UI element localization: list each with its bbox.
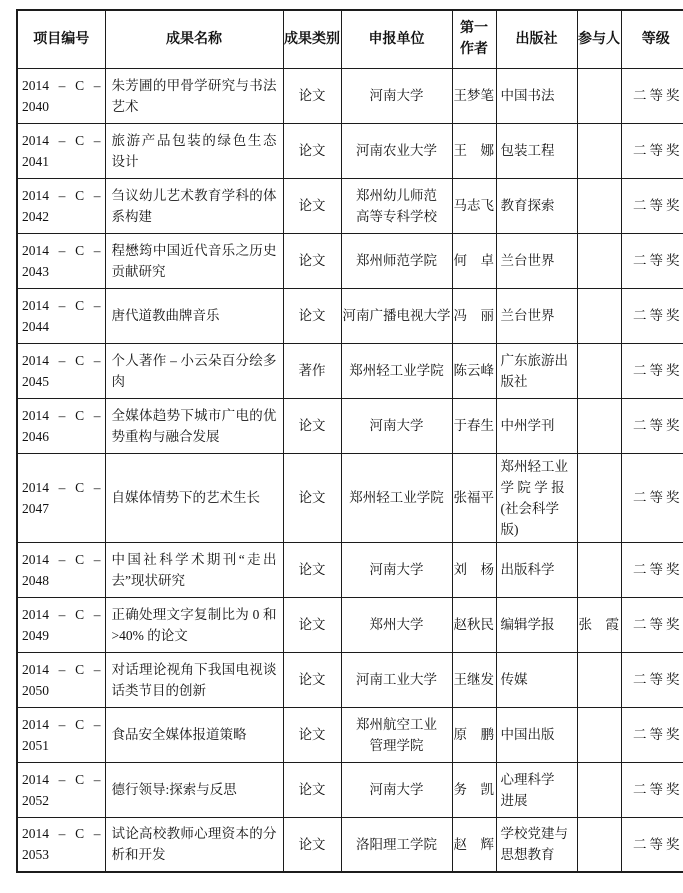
cell-unit: 河南大学 — [341, 542, 452, 597]
cell-grade: 二等奖 — [621, 398, 683, 453]
cell-publisher: 广东旅游出 版社 — [496, 343, 577, 398]
cell-publisher: 中国书法 — [496, 68, 577, 123]
cell-unit: 河南大学 — [341, 762, 452, 817]
cell-author: 何 卓 — [452, 233, 496, 288]
cell-type: 论文 — [283, 817, 341, 872]
cell-type: 论文 — [283, 597, 341, 652]
cell-author: 王 娜 — [452, 123, 496, 178]
cell-publisher: 包装工程 — [496, 123, 577, 178]
document-page: 项目编号成果名称成果类别申报单位第一 作者出版社参与人等级 2014 – C –… — [16, 9, 683, 873]
cell-code: 2014 – C –2047 — [17, 453, 105, 542]
cell-type: 论文 — [283, 68, 341, 123]
cell-name: 朱芳圃的甲骨学研究与书法艺术 — [105, 68, 283, 123]
cell-grade: 二等奖 — [621, 288, 683, 343]
cell-grade: 二等奖 — [621, 707, 683, 762]
cell-code: 2014 – C –2043 — [17, 233, 105, 288]
cell-participants — [577, 233, 621, 288]
cell-code: 2014 – C –2045 — [17, 343, 105, 398]
cell-type: 论文 — [283, 123, 341, 178]
column-header-publisher: 出版社 — [496, 10, 577, 68]
cell-publisher: 中国出版 — [496, 707, 577, 762]
cell-type: 论文 — [283, 762, 341, 817]
cell-type: 论文 — [283, 233, 341, 288]
table-body: 2014 – C –2040朱芳圃的甲骨学研究与书法艺术论文河南大学王梦笔中国书… — [17, 68, 683, 872]
cell-name: 程懋筠中国近代音乐之历史贡献研究 — [105, 233, 283, 288]
cell-participants — [577, 123, 621, 178]
cell-code: 2014 – C –2044 — [17, 288, 105, 343]
cell-name: 旅游产品包装的绿色生态 设计 — [105, 123, 283, 178]
table-row: 2014 – C –2041旅游产品包装的绿色生态 设计论文河南农业大学王 娜包… — [17, 123, 683, 178]
table-row: 2014 – C –2052德行领导:探索与反思论文河南大学务 凯心理科学 进展… — [17, 762, 683, 817]
awards-table: 项目编号成果名称成果类别申报单位第一 作者出版社参与人等级 2014 – C –… — [16, 9, 683, 873]
column-header-grade: 等级 — [621, 10, 683, 68]
cell-grade: 二等奖 — [621, 453, 683, 542]
cell-publisher: 学校党建与 思想教育 — [496, 817, 577, 872]
cell-participants — [577, 817, 621, 872]
table-row: 2014 – C –2044唐代道教曲牌音乐论文河南广播电视大学冯 丽兰台世界二… — [17, 288, 683, 343]
cell-name: 德行领导:探索与反思 — [105, 762, 283, 817]
cell-type: 论文 — [283, 707, 341, 762]
cell-author: 刘 杨 — [452, 542, 496, 597]
cell-name: 中国社科学术期刊“走出去”现状研究 — [105, 542, 283, 597]
cell-code: 2014 – C –2042 — [17, 178, 105, 233]
cell-unit: 郑州幼儿师范 高等专科学校 — [341, 178, 452, 233]
cell-code: 2014 – C –2041 — [17, 123, 105, 178]
cell-unit: 郑州师范学院 — [341, 233, 452, 288]
cell-name: 自媒体情势下的艺术生长 — [105, 453, 283, 542]
cell-author: 王梦笔 — [452, 68, 496, 123]
cell-name: 食品安全媒体报道策略 — [105, 707, 283, 762]
cell-author: 务 凯 — [452, 762, 496, 817]
cell-type: 论文 — [283, 398, 341, 453]
cell-code: 2014 – C –2040 — [17, 68, 105, 123]
cell-publisher: 中州学刊 — [496, 398, 577, 453]
cell-code: 2014 – C –2046 — [17, 398, 105, 453]
table-row: 2014 – C –2042刍议幼儿艺术教育学科的体系构建论文郑州幼儿师范 高等… — [17, 178, 683, 233]
cell-name: 刍议幼儿艺术教育学科的体系构建 — [105, 178, 283, 233]
table-row: 2014 – C –2043程懋筠中国近代音乐之历史贡献研究论文郑州师范学院何 … — [17, 233, 683, 288]
cell-grade: 二等奖 — [621, 123, 683, 178]
cell-unit: 郑州轻工业学院 — [341, 453, 452, 542]
cell-grade: 二等奖 — [621, 597, 683, 652]
cell-grade: 二等奖 — [621, 178, 683, 233]
table-row: 2014 – C –2046全媒体趋势下城市广电的优势重构与融合发展论文河南大学… — [17, 398, 683, 453]
cell-code: 2014 – C –2053 — [17, 817, 105, 872]
cell-publisher: 编辑学报 — [496, 597, 577, 652]
cell-participants — [577, 652, 621, 707]
cell-participants: 张 霞 — [577, 597, 621, 652]
cell-type: 论文 — [283, 288, 341, 343]
cell-type: 论文 — [283, 652, 341, 707]
cell-participants — [577, 343, 621, 398]
table-row: 2014 – C –2049正确处理文字复制比为 0 和 >40% 的论文论文郑… — [17, 597, 683, 652]
cell-publisher: 传媒 — [496, 652, 577, 707]
table-row: 2014 – C –2047自媒体情势下的艺术生长论文郑州轻工业学院张福平郑州轻… — [17, 453, 683, 542]
cell-type: 论文 — [283, 453, 341, 542]
cell-participants — [577, 398, 621, 453]
header-row: 项目编号成果名称成果类别申报单位第一 作者出版社参与人等级 — [17, 10, 683, 68]
column-header-participants: 参与人 — [577, 10, 621, 68]
cell-unit: 洛阳理工学院 — [341, 817, 452, 872]
column-header-unit: 申报单位 — [341, 10, 452, 68]
column-header-author: 第一 作者 — [452, 10, 496, 68]
cell-name: 全媒体趋势下城市广电的优势重构与融合发展 — [105, 398, 283, 453]
cell-code: 2014 – C –2049 — [17, 597, 105, 652]
cell-participants — [577, 542, 621, 597]
cell-unit: 河南广播电视大学 — [341, 288, 452, 343]
cell-participants — [577, 762, 621, 817]
cell-publisher: 兰台世界 — [496, 233, 577, 288]
cell-grade: 二等奖 — [621, 68, 683, 123]
cell-unit: 郑州大学 — [341, 597, 452, 652]
cell-participants — [577, 453, 621, 542]
cell-name: 唐代道教曲牌音乐 — [105, 288, 283, 343]
table-row: 2014 – C –2051食品安全媒体报道策略论文郑州航空工业 管理学院原 鹏… — [17, 707, 683, 762]
column-header-type: 成果类别 — [283, 10, 341, 68]
cell-grade: 二等奖 — [621, 233, 683, 288]
cell-author: 赵 辉 — [452, 817, 496, 872]
table-row: 2014 – C –2053试论高校教师心理资本的分析和开发论文洛阳理工学院赵 … — [17, 817, 683, 872]
column-header-code: 项目编号 — [17, 10, 105, 68]
cell-type: 著作 — [283, 343, 341, 398]
cell-unit: 河南工业大学 — [341, 652, 452, 707]
cell-code: 2014 – C –2048 — [17, 542, 105, 597]
cell-grade: 二等奖 — [621, 652, 683, 707]
cell-name: 个人著作 – 小云朵百分绘多肉 — [105, 343, 283, 398]
cell-grade: 二等奖 — [621, 343, 683, 398]
cell-name: 试论高校教师心理资本的分析和开发 — [105, 817, 283, 872]
cell-author: 马志飞 — [452, 178, 496, 233]
cell-publisher: 心理科学 进展 — [496, 762, 577, 817]
cell-code: 2014 – C –2050 — [17, 652, 105, 707]
cell-type: 论文 — [283, 178, 341, 233]
cell-unit: 郑州航空工业 管理学院 — [341, 707, 452, 762]
cell-author: 陈云峰 — [452, 343, 496, 398]
cell-code: 2014 – C –2052 — [17, 762, 105, 817]
table-header: 项目编号成果名称成果类别申报单位第一 作者出版社参与人等级 — [17, 10, 683, 68]
table-row: 2014 – C –2045个人著作 – 小云朵百分绘多肉著作郑州轻工业学院陈云… — [17, 343, 683, 398]
cell-author: 张福平 — [452, 453, 496, 542]
cell-publisher: 兰台世界 — [496, 288, 577, 343]
cell-participants — [577, 288, 621, 343]
cell-unit: 河南农业大学 — [341, 123, 452, 178]
cell-code: 2014 – C –2051 — [17, 707, 105, 762]
cell-grade: 二等奖 — [621, 542, 683, 597]
cell-author: 于春生 — [452, 398, 496, 453]
cell-participants — [577, 707, 621, 762]
cell-participants — [577, 68, 621, 123]
cell-publisher: 教育探索 — [496, 178, 577, 233]
cell-publisher: 郑州轻工业 学 院 学 报 (社会科学 版) — [496, 453, 577, 542]
column-header-name: 成果名称 — [105, 10, 283, 68]
table-row: 2014 – C –2050对话理论视角下我国电视谈话类节目的创新论文河南工业大… — [17, 652, 683, 707]
cell-unit: 河南大学 — [341, 398, 452, 453]
table-row: 2014 – C –2048中国社科学术期刊“走出去”现状研究论文河南大学刘 杨… — [17, 542, 683, 597]
cell-name: 正确处理文字复制比为 0 和 >40% 的论文 — [105, 597, 283, 652]
cell-type: 论文 — [283, 542, 341, 597]
cell-author: 原 鹏 — [452, 707, 496, 762]
cell-unit: 河南大学 — [341, 68, 452, 123]
cell-grade: 二等奖 — [621, 762, 683, 817]
cell-grade: 二等奖 — [621, 817, 683, 872]
cell-author: 冯 丽 — [452, 288, 496, 343]
cell-author: 王继发 — [452, 652, 496, 707]
cell-participants — [577, 178, 621, 233]
cell-publisher: 出版科学 — [496, 542, 577, 597]
cell-name: 对话理论视角下我国电视谈话类节目的创新 — [105, 652, 283, 707]
cell-author: 赵秋民 — [452, 597, 496, 652]
cell-unit: 郑州轻工业学院 — [341, 343, 452, 398]
table-row: 2014 – C –2040朱芳圃的甲骨学研究与书法艺术论文河南大学王梦笔中国书… — [17, 68, 683, 123]
